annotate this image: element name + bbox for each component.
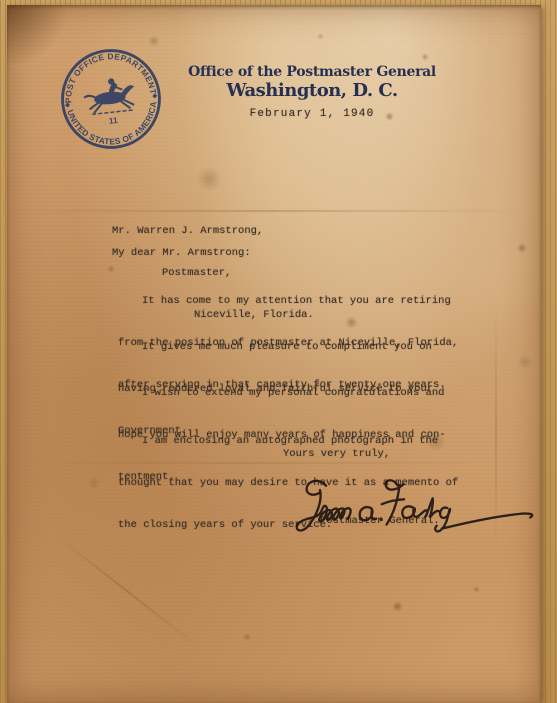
letterhead-date: February 1, 1940	[132, 108, 492, 120]
paper-stain	[421, 53, 429, 61]
paragraph-line: It has come to my attention that you are…	[118, 294, 458, 308]
signature-last-name-stroke	[402, 498, 439, 518]
signature-last-name-f-stroke	[381, 480, 405, 525]
paper-stain	[243, 633, 251, 641]
letterhead: Office of the Postmaster General Washing…	[132, 64, 492, 120]
paper-stain	[517, 243, 527, 253]
letterhead-city-line: Washington, D. C.	[132, 80, 492, 101]
paper-stain	[87, 477, 101, 489]
signature-first-name-stroke	[295, 480, 351, 531]
paper-stain	[317, 33, 324, 40]
seal-number: 11	[109, 116, 119, 126]
seal-separator-diamond: ◆	[64, 101, 71, 109]
signature-tail-stroke	[435, 505, 533, 532]
signature-middle-initial-dot	[380, 518, 383, 521]
recipient-name: Mr. Warren J. Armstrong,	[112, 224, 314, 238]
paragraph-line: I wish to extend my personal congratulat…	[118, 386, 446, 400]
paper-stain	[517, 355, 533, 369]
signature-script	[291, 468, 543, 541]
paper-stain	[473, 586, 480, 593]
paper-stain	[195, 167, 223, 191]
signature-middle-initial-stroke	[359, 507, 376, 521]
pony-express-rider-icon	[83, 77, 136, 115]
letterhead-office-line: Office of the Postmaster General	[132, 64, 492, 80]
paragraph-line: I am enclosing an autographed photograph…	[118, 434, 458, 448]
photo-background: POST OFFICE DEPARTMENT UNITED STATES OF …	[0, 0, 557, 703]
paper-stain	[392, 601, 403, 612]
closing: Yours very truly,	[283, 447, 390, 461]
paragraph-line: It gives me much pleasure to compliment …	[118, 340, 433, 354]
salutation: My dear Mr. Armstrong:	[112, 246, 251, 260]
